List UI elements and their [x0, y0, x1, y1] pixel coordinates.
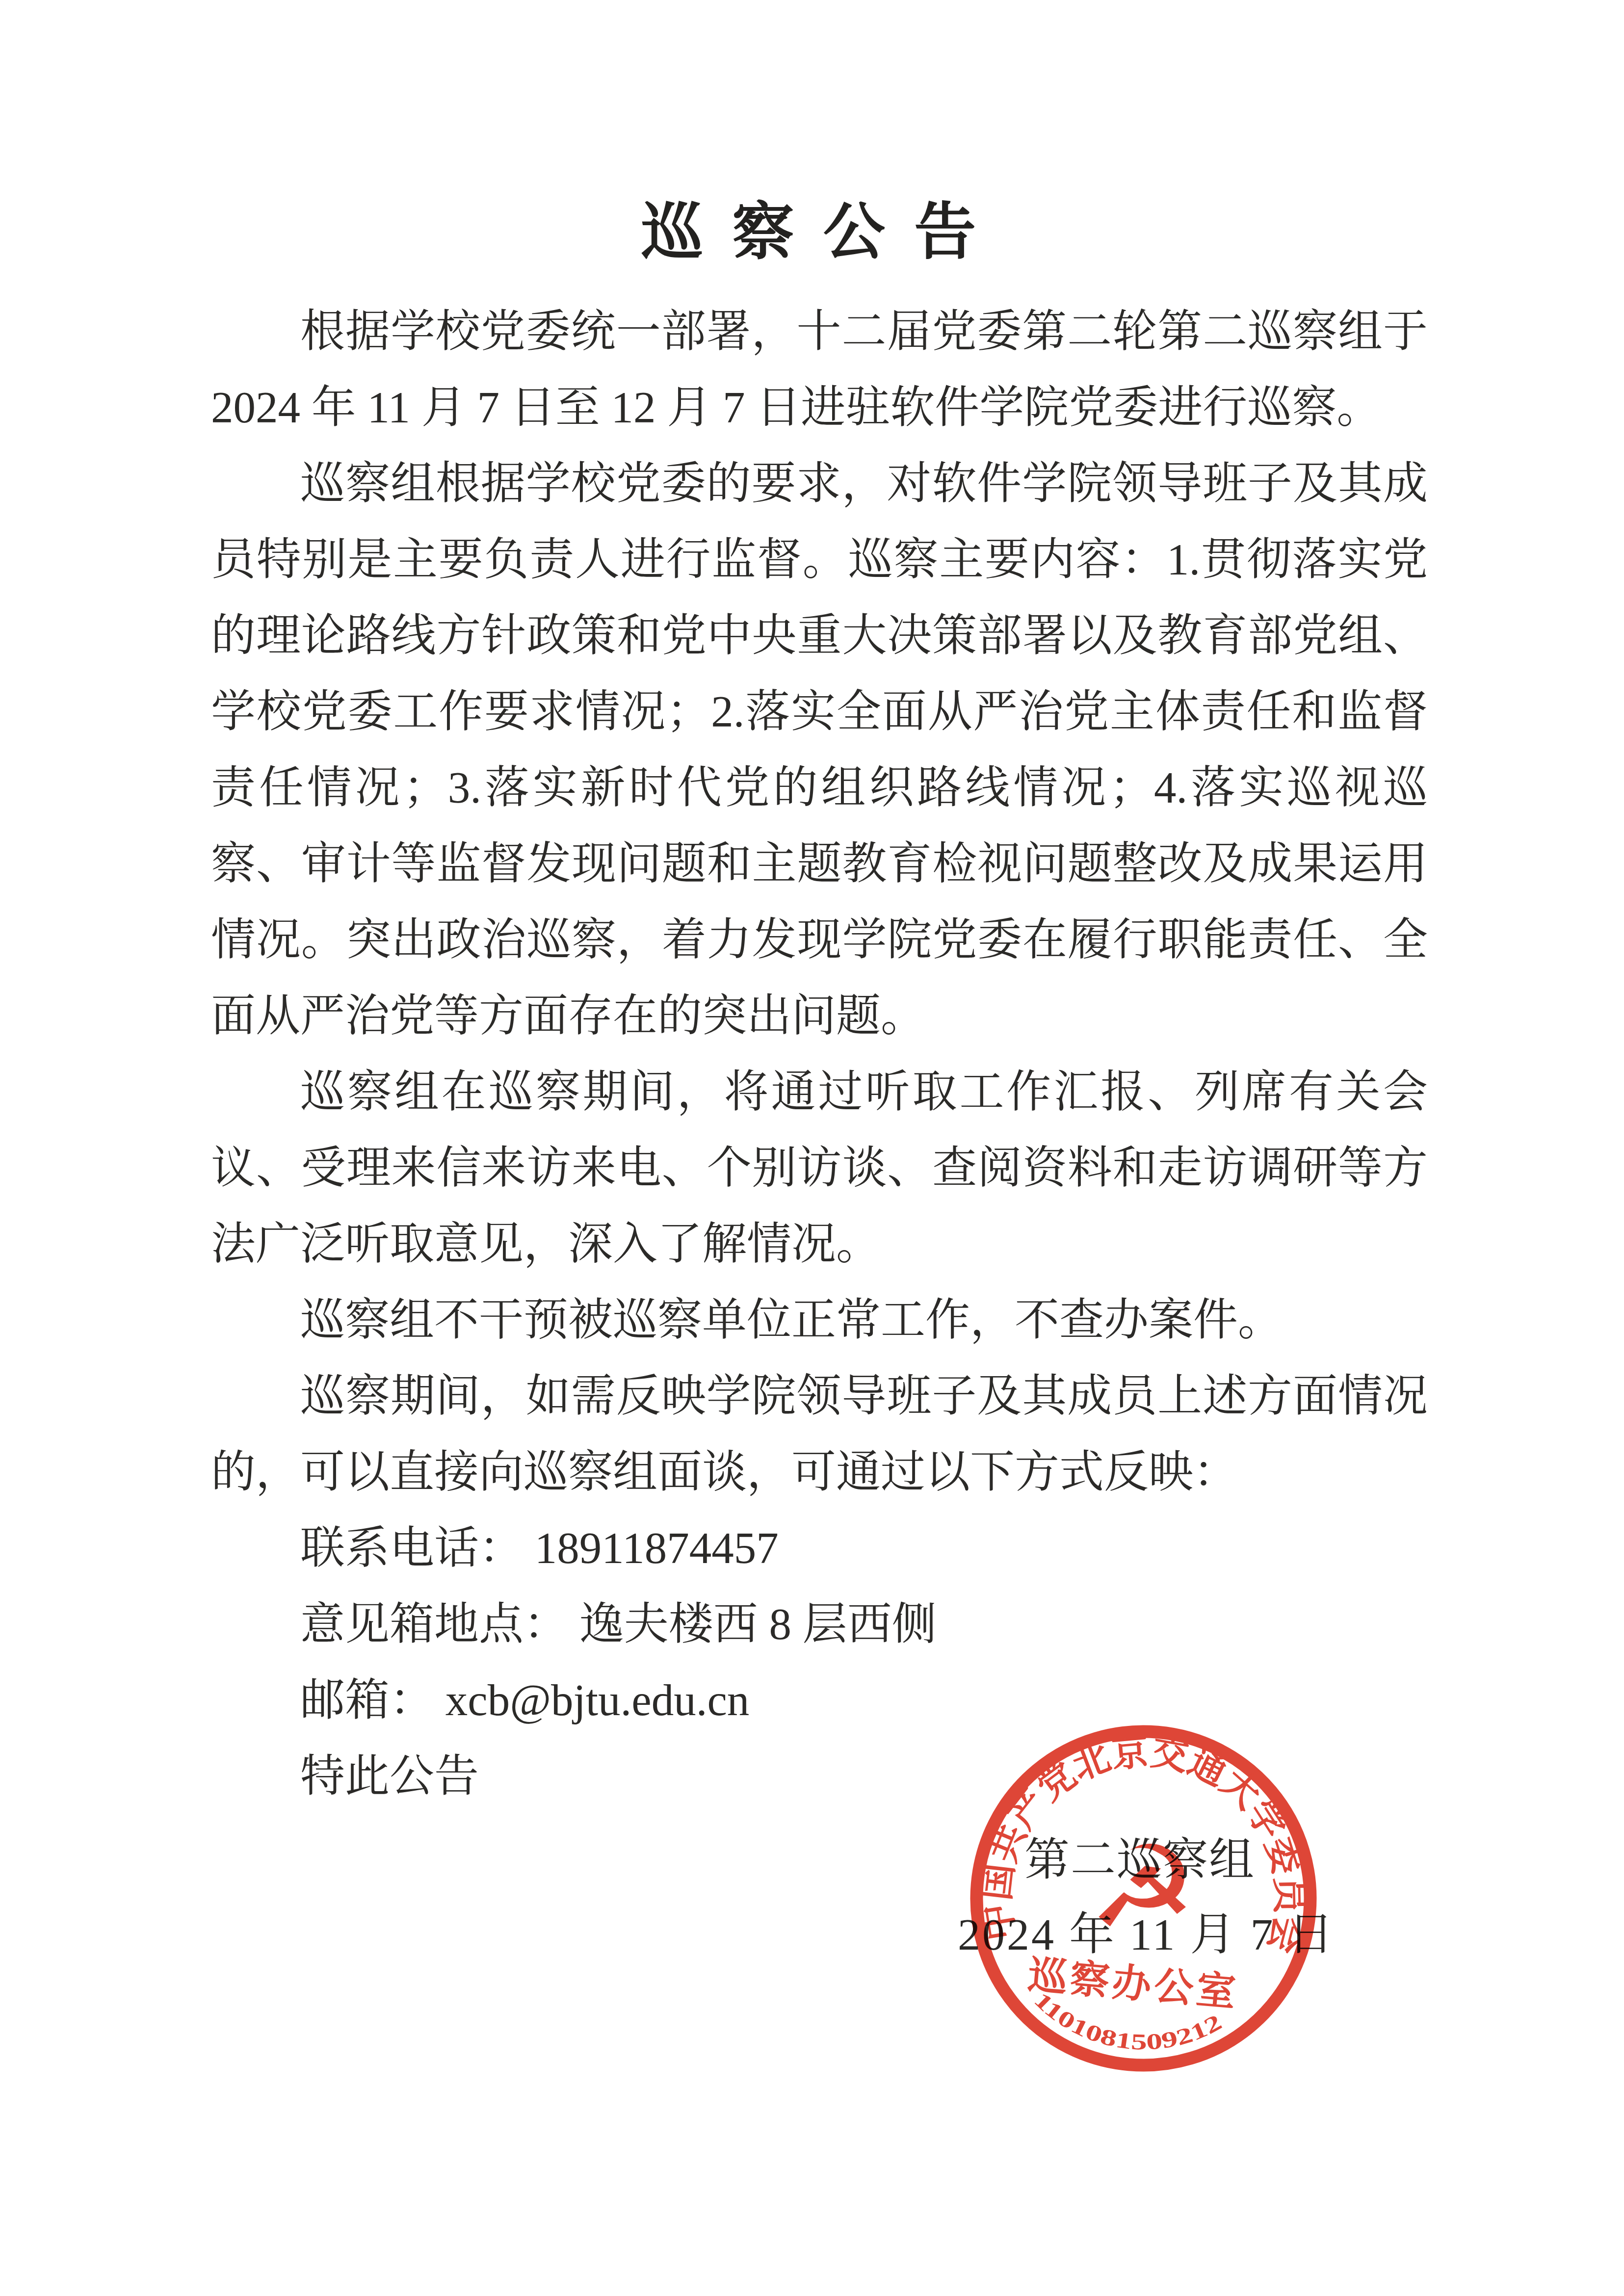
contact-line-phone: 联系电话： 18911874457 — [211, 1510, 1428, 1586]
page-title: 巡 察 公 告 — [0, 183, 1624, 271]
official-seal: 中国共产党北京交通大学委员会 ☭ 巡察办公室 1101081509212 — [968, 1723, 1319, 2074]
paragraph-scope: 巡察组根据学校党委的要求，对软件学院领导班子及其成员特别是主要负责人进行监督。巡… — [211, 445, 1428, 1054]
paragraph-intro: 根据学校党委统一部署，十二届党委第二轮第二巡察组于 2024 年 11 月 7 … — [211, 293, 1428, 445]
hammer-sickle-icon: ☭ — [1086, 1815, 1203, 1961]
contact-line-mailbox: 意见箱地点： 逸夫楼西 8 层西侧 — [211, 1586, 1428, 1662]
paragraph-methods: 巡察组在巡察期间，将通过听取工作汇报、列席有关会议、受理来信来访来电、个别访谈、… — [211, 1054, 1428, 1282]
paragraph-noninterference: 巡察组不干预被巡察单位正常工作，不查办案件。 — [211, 1282, 1428, 1358]
document-body: 根据学校党委统一部署，十二届党委第二轮第二巡察组于 2024 年 11 月 7 … — [211, 293, 1428, 1814]
document-page: 巡 察 公 告 根据学校党委统一部署，十二届党委第二轮第二巡察组于 2024 年… — [0, 0, 1624, 2296]
paragraph-feedback: 巡察期间，如需反映学院领导班子及其成员上述方面情况的，可以直接向巡察组面谈，可通… — [211, 1358, 1428, 1510]
